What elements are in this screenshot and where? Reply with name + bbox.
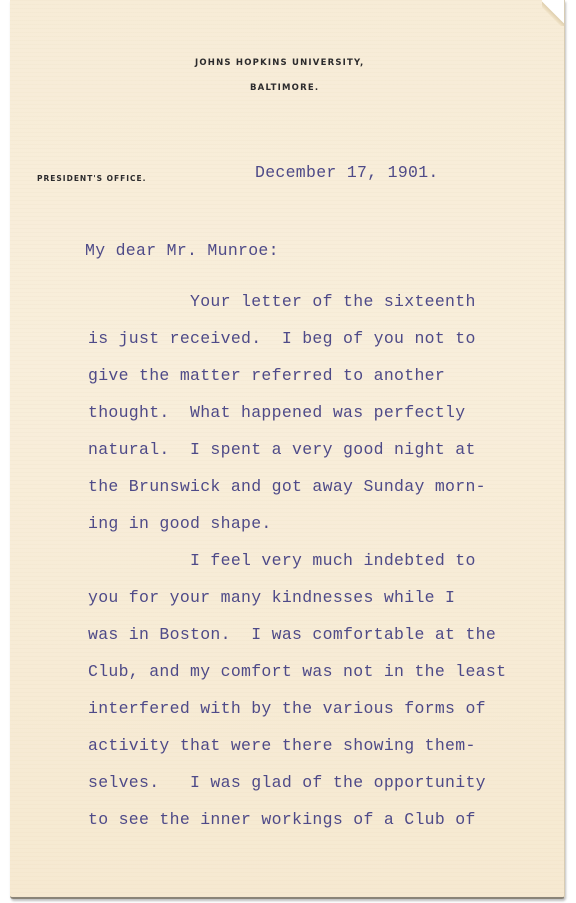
- letter-line: ing in good shape.: [88, 514, 272, 533]
- letter-line: was in Boston. I was comfortable at the: [88, 625, 496, 644]
- letter-page: JOHNS HOPKINS UNIVERSITY, BALTIMORE. PRE…: [10, 0, 565, 899]
- letter-line: natural. I spent a very good night at: [88, 440, 476, 459]
- letter-line: you for your many kindnesses while I: [88, 588, 455, 607]
- letterhead-city: BALTIMORE.: [250, 83, 319, 93]
- letter-line: thought. What happened was perfectly: [88, 403, 465, 422]
- letter-line: Club, and my comfort was not in the leas…: [88, 662, 506, 681]
- letterhead-institution: JOHNS HOPKINS UNIVERSITY,: [195, 58, 364, 68]
- letter-line: interfered with by the various forms of: [88, 699, 486, 718]
- letter-salutation: My dear Mr. Munroe:: [85, 241, 279, 260]
- letter-line: the Brunswick and got away Sunday morn-: [88, 477, 486, 496]
- letter-line: selves. I was glad of the opportunity: [88, 773, 486, 792]
- letter-line: I feel very much indebted to: [88, 551, 476, 570]
- letter-line: to see the inner workings of a Club of: [88, 810, 476, 829]
- letter-date: December 17, 1901.: [255, 163, 439, 182]
- letter-line: is just received. I beg of you not to: [88, 329, 476, 348]
- letterhead-office: PRESIDENT'S OFFICE.: [37, 174, 147, 183]
- letter-line: activity that were there showing them-: [88, 736, 476, 755]
- letter-line: give the matter referred to another: [88, 366, 445, 385]
- folded-corner: [542, 0, 564, 26]
- letter-line: Your letter of the sixteenth: [88, 292, 476, 311]
